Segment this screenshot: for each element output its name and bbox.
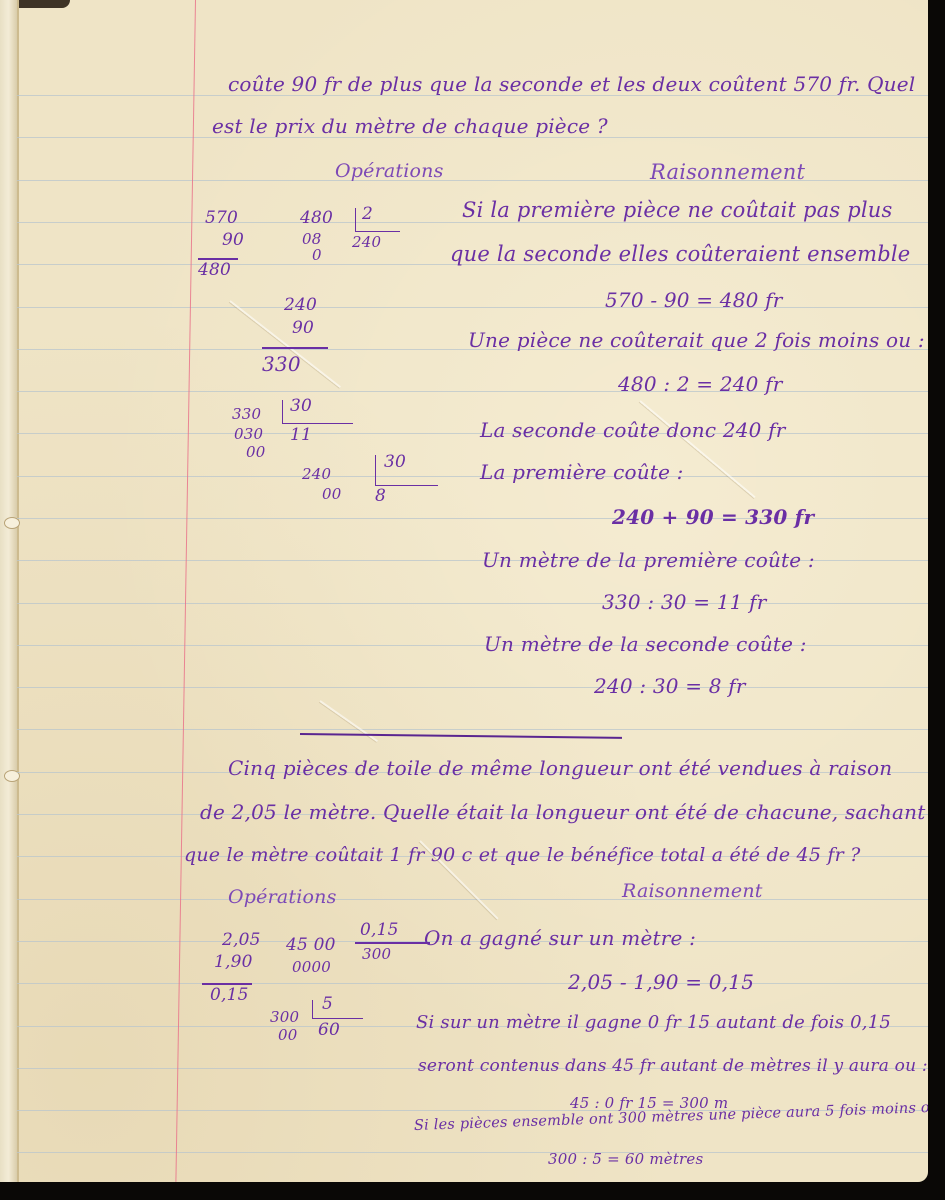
op-sub-b: 90 <box>222 230 244 250</box>
op-div-dividend: 45 00 <box>286 935 336 955</box>
op-div-rest: 00 <box>322 485 342 503</box>
reasoning-heading: Raisonnement <box>650 160 805 184</box>
ruled-line <box>17 899 928 900</box>
op-div-quotient: 60 <box>318 1020 340 1040</box>
problem1-statement-line: est le prix du mètre de chaque pièce ? <box>212 114 608 138</box>
reasoning-line: On a gagné sur un mètre : <box>424 926 696 950</box>
ruled-line <box>17 222 928 223</box>
reasoning-line: La première coûte : <box>480 460 684 484</box>
op-add-result: 330 <box>262 352 301 376</box>
op-div-divisor: 0,15 <box>360 920 399 940</box>
op-div-divisor: 5 <box>322 994 333 1014</box>
reasoning-calc: 240 + 90 = 330 fr <box>612 505 814 529</box>
reasoning-line: Un mètre de la seconde coûte : <box>484 632 807 656</box>
reasoning-line: Une pièce ne coûterait que 2 fois moins … <box>468 328 925 352</box>
ruled-line <box>17 687 928 688</box>
section-separator <box>300 733 622 739</box>
op-sub-a: 2,05 <box>222 930 261 950</box>
ruled-line <box>17 983 928 984</box>
op-div-quotient: 8 <box>375 486 386 506</box>
op-sub-a: 570 <box>205 208 238 228</box>
reasoning-line: Si sur un mètre il gagne 0 fr 15 autant … <box>416 1012 891 1033</box>
problem2-statement-line: Cinq pièces de toile de même longueur on… <box>228 756 892 780</box>
reasoning-line: que la seconde elles coûteraient ensembl… <box>450 242 910 266</box>
op-div-rest: 0 <box>312 246 322 264</box>
reasoning-calc: 480 : 2 = 240 fr <box>618 372 783 396</box>
op-div-quotient: 300 <box>362 945 391 963</box>
margin-line <box>175 0 196 1182</box>
division-bar <box>355 942 430 944</box>
op-sub-result: 480 <box>198 260 231 280</box>
reasoning-line: seront contenus dans 45 fr autant de mèt… <box>418 1056 928 1076</box>
ruled-line <box>17 391 928 392</box>
op-div-dividend: 330 <box>232 405 261 423</box>
reasoning-calc: 2,05 - 1,90 = 0,15 <box>568 970 754 994</box>
op-div-dividend: 240 <box>302 465 331 483</box>
op-div-dividend: 300 <box>270 1008 299 1026</box>
problem1-statement-line: coûte 90 fr de plus que la seconde et le… <box>228 72 915 96</box>
op-add-a: 240 <box>284 295 317 315</box>
reasoning-heading: Raisonnement <box>622 880 763 902</box>
op-div-quotient: 240 <box>352 233 381 251</box>
reasoning-calc: 300 : 5 = 60 mètres <box>548 1150 703 1168</box>
ruled-line <box>17 1152 928 1153</box>
problem2-statement-line: que le mètre coûtait 1 fr 90 c et que le… <box>184 844 861 866</box>
op-div-rest: 030 <box>234 425 263 443</box>
op-sub-b: 1,90 <box>214 952 253 972</box>
op-div-rest: 00 <box>246 443 266 461</box>
reasoning-calc: 570 - 90 = 480 fr <box>605 288 782 312</box>
op-div-divisor: 2 <box>362 204 373 224</box>
reasoning-line: Si la première pièce ne coûtait pas plus <box>462 198 892 222</box>
op-div-divisor: 30 <box>290 396 312 416</box>
op-sum-bar <box>262 347 328 349</box>
page-top-shadow <box>10 0 70 8</box>
notebook-binding <box>0 0 19 1182</box>
ruled-line <box>17 729 928 730</box>
reasoning-line: Un mètre de la première coûte : <box>482 548 815 572</box>
op-div-dividend: 480 <box>300 208 333 228</box>
reasoning-calc: 330 : 30 = 11 fr <box>602 590 767 614</box>
op-add-b: 90 <box>292 318 314 338</box>
ruled-line <box>17 603 928 604</box>
division-bracket <box>312 1000 363 1019</box>
problem2-statement-line: de 2,05 le mètre. Quelle était la longue… <box>200 800 925 824</box>
reasoning-calc: 240 : 30 = 8 fr <box>594 674 746 698</box>
ruled-line <box>17 433 928 434</box>
op-div-rest: 0000 <box>292 958 331 976</box>
ruled-line <box>17 307 928 308</box>
op-div-quotient: 11 <box>290 425 312 445</box>
op-div-divisor: 30 <box>384 452 406 472</box>
op-div-rest: 00 <box>278 1026 298 1044</box>
notebook-page: coûte 90 fr de plus que la seconde et le… <box>0 0 928 1182</box>
reasoning-line: La seconde coûte donc 240 fr <box>480 418 786 442</box>
ruled-line <box>17 476 928 477</box>
op-sub-result: 0,15 <box>210 985 249 1005</box>
operations-heading: Opérations <box>335 160 444 182</box>
operations-heading: Opérations <box>228 886 337 908</box>
